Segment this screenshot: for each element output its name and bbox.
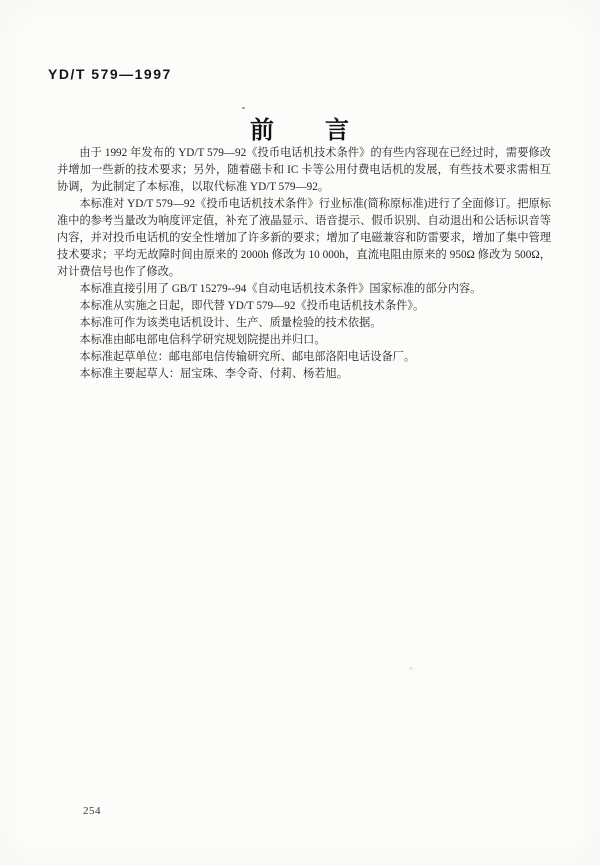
foreword-body: 由于 1992 年发布的 YD/T 579—92《投币电话机技术条件》的有些内容… [57,145,551,383]
paragraph: 由于 1992 年发布的 YD/T 579—92《投币电话机技术条件》的有些内容… [57,145,551,196]
foreword-title: 前 言 [0,110,600,145]
paragraph: 本标准由邮电部电信科学研究规划院提出并归口。 [57,332,551,349]
standard-number-header: YD/T 579—1997 [48,66,172,82]
paragraph: 本标准直接引用了 GB/T 15279--94《自动电话机技术条件》国家标准的部… [57,281,551,298]
paragraph: 本标准可作为该类电话机设计、生产、质量检验的技术依据。 [57,315,551,332]
paragraph: 本标准起草单位：邮电部电信传输研究所、邮电部洛阳电话设备厂。 [57,349,551,366]
page-number: 254 [83,805,101,817]
paragraph: 本标准主要起草人：屈宝珠、李令奇、付莉、杨若旭。 [57,366,551,383]
scan-speck [409,667,413,670]
paragraph: 本标准对 YD/T 579—92《投币电话机技术条件》行业标准(简称原标准)进行… [57,196,551,281]
scan-speck [242,107,245,109]
scanned-document-page: YD/T 579—1997 前 言 由于 1992 年发布的 YD/T 579—… [0,0,600,865]
paragraph: 本标准从实施之日起，即代替 YD/T 579—92《投币电话机技术条件》。 [57,298,551,315]
